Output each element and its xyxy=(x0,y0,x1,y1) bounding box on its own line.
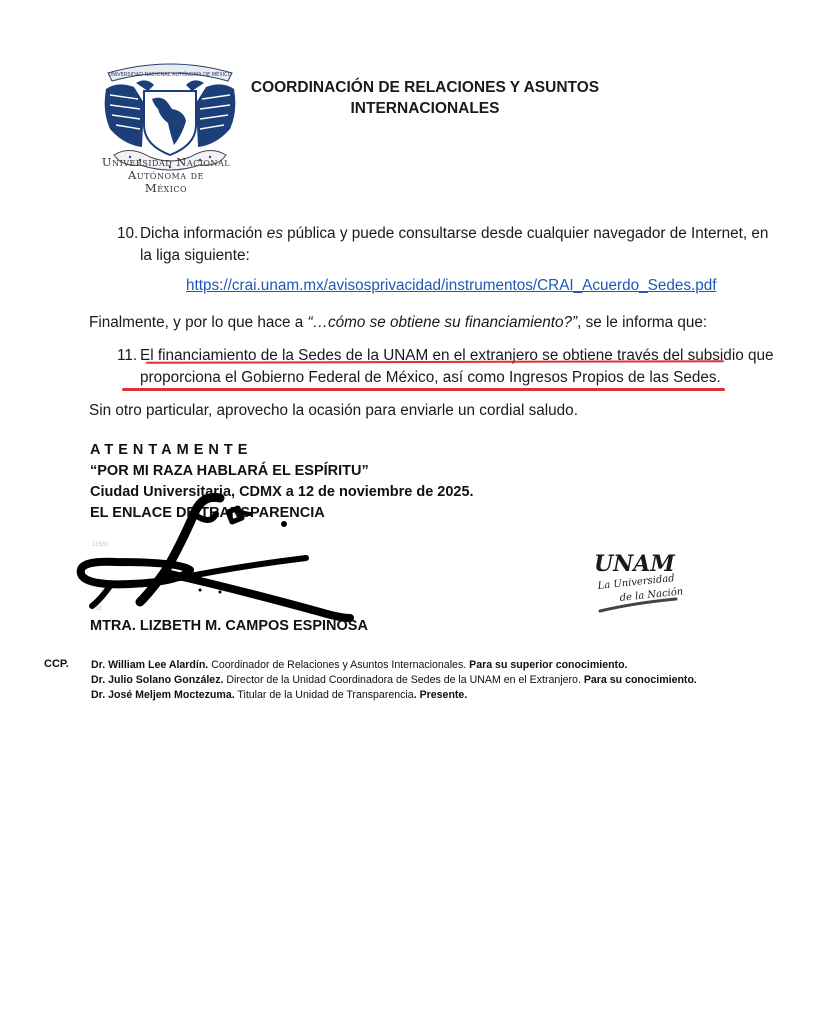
red-underline-annotation xyxy=(122,388,725,391)
svg-text:UNAM: UNAM xyxy=(594,551,675,577)
item-number: 11. xyxy=(117,345,137,367)
ccp-entry: Dr. José Meljem Moctezuma. Titular de la… xyxy=(91,688,697,703)
ccp-entry: Dr. Julio Solano González. Director de l… xyxy=(91,673,697,688)
signer-name: MTRA. LIZBETH M. CAMPOS ESPINOSA xyxy=(90,618,368,634)
list-item-10: 10. Dicha información es pública y puede… xyxy=(117,223,777,267)
atentamente-label: ATENTAMENTE xyxy=(90,440,474,461)
logo-caption: Universidad Nacional Autónoma de México xyxy=(96,156,236,195)
unam-slogan-logo: UNAM La Universidad de la Nación xyxy=(584,545,694,620)
handwritten-signature xyxy=(70,490,370,630)
svg-text:UNIVERSIDAD NACIONAL AUTÓNOMA: UNIVERSIDAD NACIONAL AUTÓNOMA DE MÉXICO xyxy=(108,70,231,78)
paragraph-financing-question: Finalmente, y por lo que hace a “…cómo s… xyxy=(89,312,779,334)
ccp-entry: Dr. William Lee Alardín. Coordinador de … xyxy=(91,658,697,673)
ccp-list: Dr. William Lee Alardín. Coordinador de … xyxy=(91,658,697,703)
page-title: COORDINACIÓN DE RELACIONES Y ASUNTOS INT… xyxy=(240,77,610,119)
ccp-label: CCP. xyxy=(44,658,69,670)
list-item-11: 11. El financiamiento de la Sedes de la … xyxy=(117,345,777,389)
document-link[interactable]: https://crai.unam.mx/avisosprivacidad/in… xyxy=(186,277,717,295)
item-text: Dicha información es pública y puede con… xyxy=(140,223,777,267)
motto: “POR MI RAZA HABLARÁ EL ESPÍRITU” xyxy=(90,461,474,482)
closing-paragraph: Sin otro particular, aprovecho la ocasió… xyxy=(89,400,779,422)
item-number: 10. xyxy=(117,223,138,245)
item-text: El financiamiento de la Sedes de la UNAM… xyxy=(140,345,777,389)
